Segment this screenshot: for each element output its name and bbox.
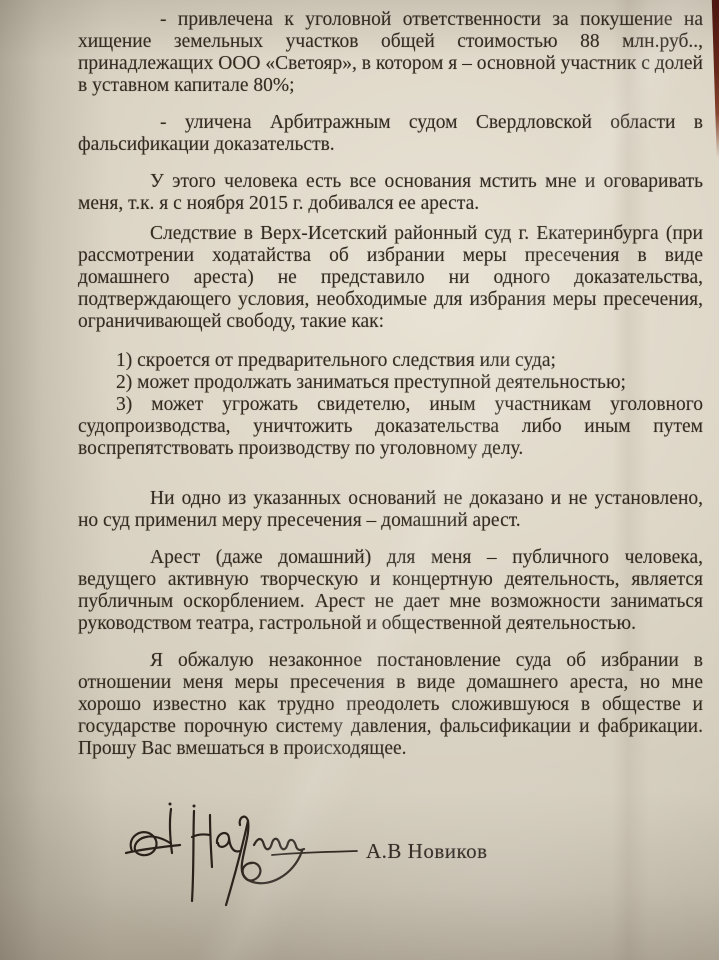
signature-underline bbox=[272, 851, 357, 855]
signatory-name: А.В Новиков bbox=[366, 839, 488, 864]
paragraph-public-insult: Арест (даже домашний) для меня – публичн… bbox=[78, 547, 703, 635]
signature-descender bbox=[192, 811, 194, 901]
signature-stroke bbox=[210, 815, 212, 867]
paragraph-motive: У этого человека есть все основания мсти… bbox=[78, 171, 703, 215]
paragraph-appeal: Я обжалую незаконное постановление суда … bbox=[78, 650, 703, 760]
list-item-3: 3) может угрожать свидетелю, иным участн… bbox=[78, 394, 703, 460]
signature-stroke bbox=[170, 809, 172, 853]
signature-scribble bbox=[122, 793, 372, 917]
list-item-1: 1) скроется от предварительного следстви… bbox=[78, 350, 703, 372]
paragraph-charge-embezzlement: - привлечена к уголовной ответственности… bbox=[78, 9, 703, 97]
signature-wave bbox=[254, 839, 304, 850]
signature-crossbar bbox=[192, 834, 210, 837]
list-item-2: 2) может продолжать заниматься преступно… bbox=[78, 372, 703, 394]
signature-loops bbox=[217, 833, 240, 851]
letter-body: - привлечена к уголовной ответственности… bbox=[0, 0, 719, 760]
paragraph-court-no-proof: Следствие в Верх-Исетский районный суд г… bbox=[78, 223, 703, 333]
paragraph-falsification: - уличена Арбитражным судом Свердловской… bbox=[78, 112, 703, 156]
signature-slash bbox=[226, 821, 248, 905]
document-photo: { "doc": { "paragraphs": [ {"text": "- п… bbox=[0, 0, 719, 960]
paragraph-no-grounds: Ни одно из указанных оснований не доказа… bbox=[78, 488, 703, 532]
signature-block: А.В Новиков bbox=[122, 793, 542, 923]
